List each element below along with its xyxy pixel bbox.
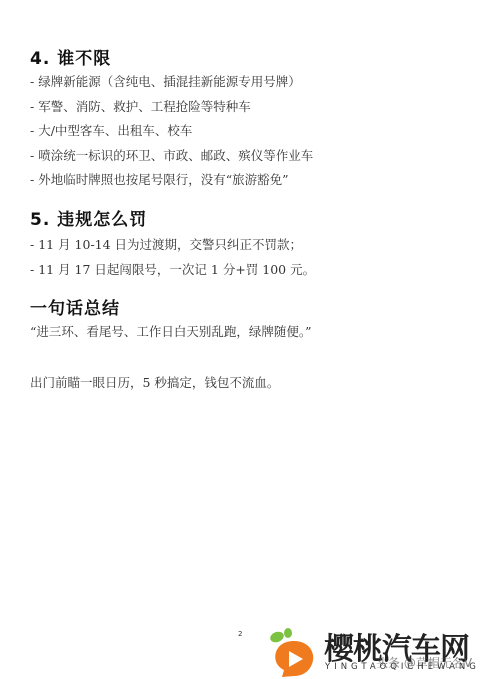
document-page: 4. 谁不限 - 绿牌新能源（含纯电、插混挂新能源专用号牌） - 军警、消防、救… bbox=[0, 0, 480, 679]
section-4-item: - 军警、消防、救护、工程抢险等特种车 bbox=[30, 97, 251, 115]
summary-quote: “进三环、看尾号、工作日白天别乱跑，绿牌随便。” bbox=[30, 322, 312, 340]
section-5-item: - 11 月 10-14 日为过渡期，交警只纠正不罚款； bbox=[30, 235, 302, 253]
summary-heading: 一句话总结 bbox=[30, 294, 120, 319]
section-4-item: - 绿牌新能源（含纯电、插混挂新能源专用号牌） bbox=[30, 72, 301, 90]
section-4-heading: 4. 谁不限 bbox=[30, 44, 111, 69]
section-5-heading: 5. 违规怎么罚 bbox=[30, 205, 147, 230]
page-number: 2 bbox=[238, 630, 242, 638]
section-4-item: - 喷涂统一标识的环卫、市政、邮政、殡仪等作业车 bbox=[30, 146, 313, 164]
section-4-item: - 大/中型客车、出租车、校车 bbox=[30, 121, 192, 139]
section-5-item: - 11 月 17 日起闯限号，一次记 1 分+罚 100 元。 bbox=[30, 260, 315, 278]
site-logo: 樱桃汽车网 YINGTAOQICHEWANG 头条 @草帽无名V bbox=[266, 624, 480, 679]
section-4-item: - 外地临时牌照也按尾号限行，没有“旅游豁免” bbox=[30, 170, 288, 188]
summary-closing: 出门前瞄一眼日历，5 秒搞定，钱包不流血。 bbox=[30, 373, 279, 391]
watermark: 头条 @草帽无名V bbox=[376, 654, 472, 671]
cherry-play-icon bbox=[266, 624, 322, 679]
